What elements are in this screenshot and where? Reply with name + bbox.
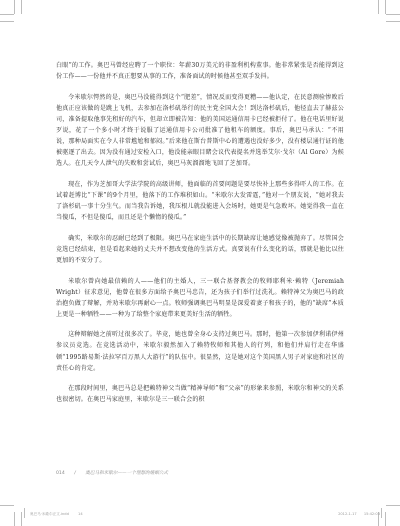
paragraph: 确实，米歇尔的忍耐已经到了极限。奥巴马在家庭生活中的长期缺席让她感觉像被抛弃了。… [56, 233, 344, 266]
slug-date: 2012-1-17 [338, 512, 357, 516]
crop-mark-bottom-left-v [14, 512, 15, 526]
body-text: 白眼”的工作。奥巴马曾经应聘了一个职位：年薪30万美元的非盈利机构董事。他非常紧… [56, 60, 344, 405]
slug-divider-right [381, 508, 382, 518]
running-footer: 014 / 奥巴马和米歇尔——一个理想的婚姻公式 [56, 470, 168, 476]
slug-filename: 奥巴马·米歇尔正文.indd [30, 512, 69, 516]
paragraph: 现在，作为芝加哥大学法学院的高级讲师，他面临的首要问题是要尽快补上那些多得吓人的… [56, 179, 344, 223]
paragraph: 令米歇尔愕然的是，奥巴马没能得到这个“肥差”，情况反而变得更糟——他认定，在民意… [56, 92, 344, 170]
paragraph: 这种辩解她之前听过很多次了。毕竟，她也曾全身心支持过奥巴马。那时，他第一次参加伊… [56, 329, 344, 373]
crop-mark-bottom-right-h [386, 505, 400, 506]
paragraph: 在那段时间里，奥巴马总是把赖特神父当做“精神导师”和“父亲”的形象来参照，米歇尔… [56, 383, 344, 405]
paragraph: 米歇尔曾向她最信赖的人——他们的主婚人，三一联合基督教会的牧师耶利米·赖特（Je… [56, 276, 344, 320]
crop-mark-bottom-left-h [0, 505, 14, 506]
page-number: 014 [56, 471, 65, 476]
crop-mark-top-left-v [14, 0, 15, 14]
crop-mark-top-right-v2 [385, 0, 386, 14]
crop-mark-top-right-h2 [386, 21, 400, 22]
crop-mark-top-right-h [386, 14, 400, 15]
crop-mark-top-left-h2 [0, 21, 14, 22]
crop-mark-bottom-right-v2 [385, 512, 386, 526]
slug-file-info: 奥巴马·米歇尔正文.indd 14 [30, 512, 83, 517]
crop-mark-top-left-h [0, 14, 14, 15]
slug-divider-left [24, 508, 25, 518]
crop-mark-top-left-v2 [21, 0, 22, 14]
slug-time: 15:42:03 [364, 512, 380, 516]
footer-separator: / [74, 471, 76, 476]
slug-page: 14 [78, 512, 83, 516]
crop-mark-bottom-left-v2 [21, 512, 22, 526]
slug-timestamp: 2012-1-17 15:42:03 [338, 512, 380, 516]
paragraph-continued: 白眼”的工作。奥巴马曾经应聘了一个职位：年薪30万美元的非盈利机构董事。他非常紧… [56, 60, 344, 82]
book-title: 奥巴马和米歇尔——一个理想的婚姻公式 [85, 471, 168, 476]
crop-mark-top-right-v [378, 0, 379, 14]
